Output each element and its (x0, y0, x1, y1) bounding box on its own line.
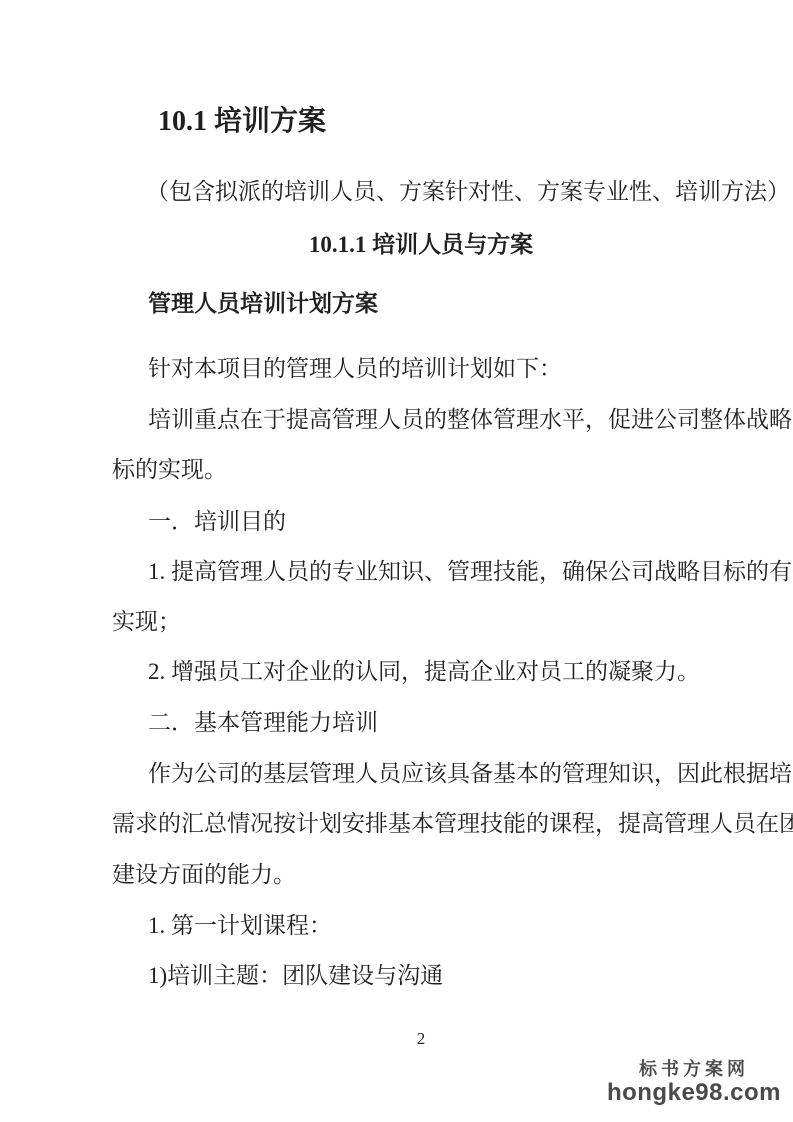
body-line: 1)培训主题：团队建设与沟通 (148, 962, 443, 990)
list-heading-line: 二．基本管理能力培训 (148, 709, 378, 737)
body-line: 2. 增强员工对企业的认同，提高企业对员工的凝聚力。 (148, 658, 700, 686)
page-number: 2 (113, 1029, 729, 1049)
watermark-site-name: 标书方案网 (607, 1060, 781, 1080)
subtitle-line: （包含拟派的培训人员、方案针对性、方案专业性、培训方法） (146, 178, 790, 206)
body-line: 标的实现。 (112, 456, 227, 484)
document-page: 10.1 培训方案 （包含拟派的培训人员、方案针对性、方案专业性、培训方法） 1… (0, 0, 793, 1122)
watermark-site-url: hongke98.com (607, 1080, 781, 1105)
body-line: 1. 提高管理人员的专业知识、管理技能，确保公司战略目标的有效 (148, 558, 793, 586)
body-line: 培训重点在于提高管理人员的整体管理水平，促进公司整体战略目 (148, 406, 793, 434)
body-line: 需求的汇总情况按计划安排基本管理技能的课程，提高管理人员在团队 (112, 810, 793, 838)
body-line: 针对本项目的管理人员的培训计划如下： (148, 355, 562, 383)
body-line: 建设方面的能力。 (112, 861, 296, 889)
body-line: 实现； (112, 608, 181, 636)
sub-section-heading: 10.1.1 培训人员与方案 (113, 231, 729, 259)
list-heading-line: 一．培训目的 (148, 508, 286, 536)
body-line: 作为公司的基层管理人员应该具备基本的管理知识，因此根据培训 (148, 760, 793, 788)
watermark: 标书方案网 hongke98.com (607, 1060, 781, 1105)
section-heading: 10.1 培训方案 (158, 105, 326, 139)
body-line: 1. 第一计划课程： (148, 912, 332, 940)
paragraph-heading: 管理人员培训计划方案 (148, 290, 378, 318)
